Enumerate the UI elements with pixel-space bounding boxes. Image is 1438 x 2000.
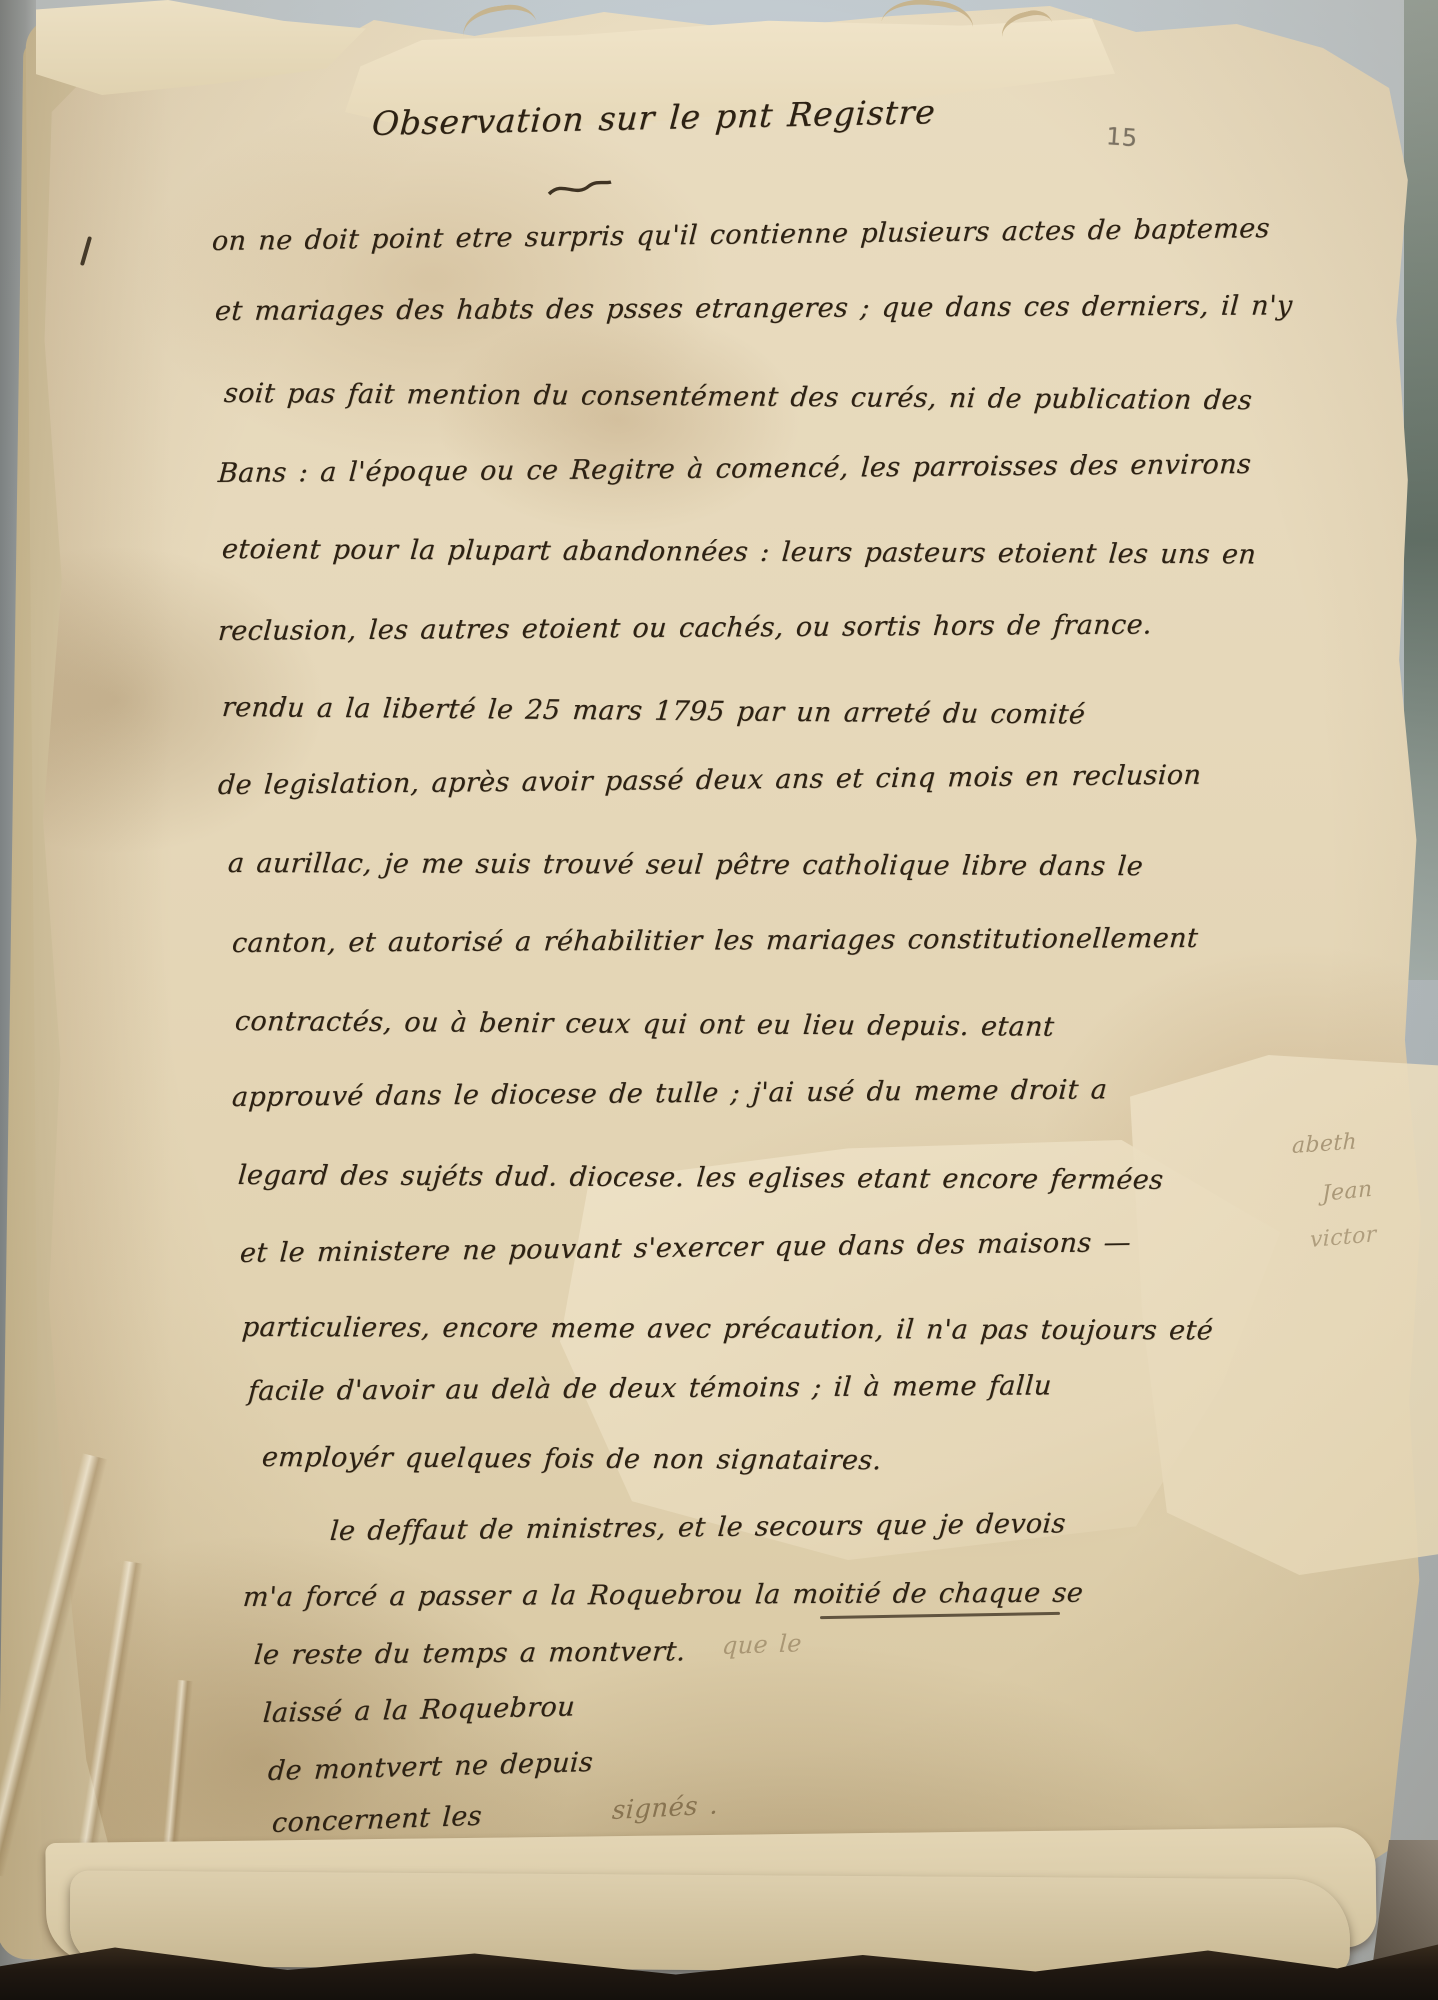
title-underline-flourish [545, 176, 615, 202]
manuscript-line: contractés, ou à benir ceux qui ont eu l… [234, 1006, 1056, 1043]
manuscript-line: m'a forcé a passer a la Roquebrou la moi… [242, 1578, 1085, 1613]
manuscript-line: laissé a la Roquebrou [262, 1691, 576, 1729]
manuscript-line: legard des sujéts dud. diocese. les egli… [237, 1160, 1165, 1196]
manuscript-line: reclusion, les autres etoient ou cachés,… [217, 609, 1153, 647]
faint-word: signés . [611, 1790, 719, 1826]
manuscript-line: et mariages des habts des psses etranger… [214, 290, 1293, 327]
manuscript-line: a aurillac, je me suis trouvé seul pêtre… [227, 848, 1144, 882]
manuscript-line: canton, et autorisé a réhabilitier les m… [231, 923, 1199, 959]
manuscript-line: employér quelques fois de non signataire… [261, 1442, 883, 1476]
torn-page-fragment: Jean [1322, 1177, 1373, 1207]
page-number: 15 [1105, 122, 1138, 152]
torn-page-fragment: abeth [1292, 1129, 1358, 1159]
manuscript-line: etoient pour la plupart abandonnées : le… [221, 534, 1258, 570]
faint-word: que le [721, 1629, 802, 1660]
manuscript-line: particulieres, encore meme avec précauti… [241, 1312, 1214, 1346]
manuscript-line: le reste du temps a montvert. [253, 1636, 687, 1671]
manuscript-line: facile d'avoir au delà de deux témoins ;… [247, 1370, 1053, 1407]
scanned-manuscript: 15 Observation sur le pnt Registre on ne… [0, 0, 1438, 2000]
